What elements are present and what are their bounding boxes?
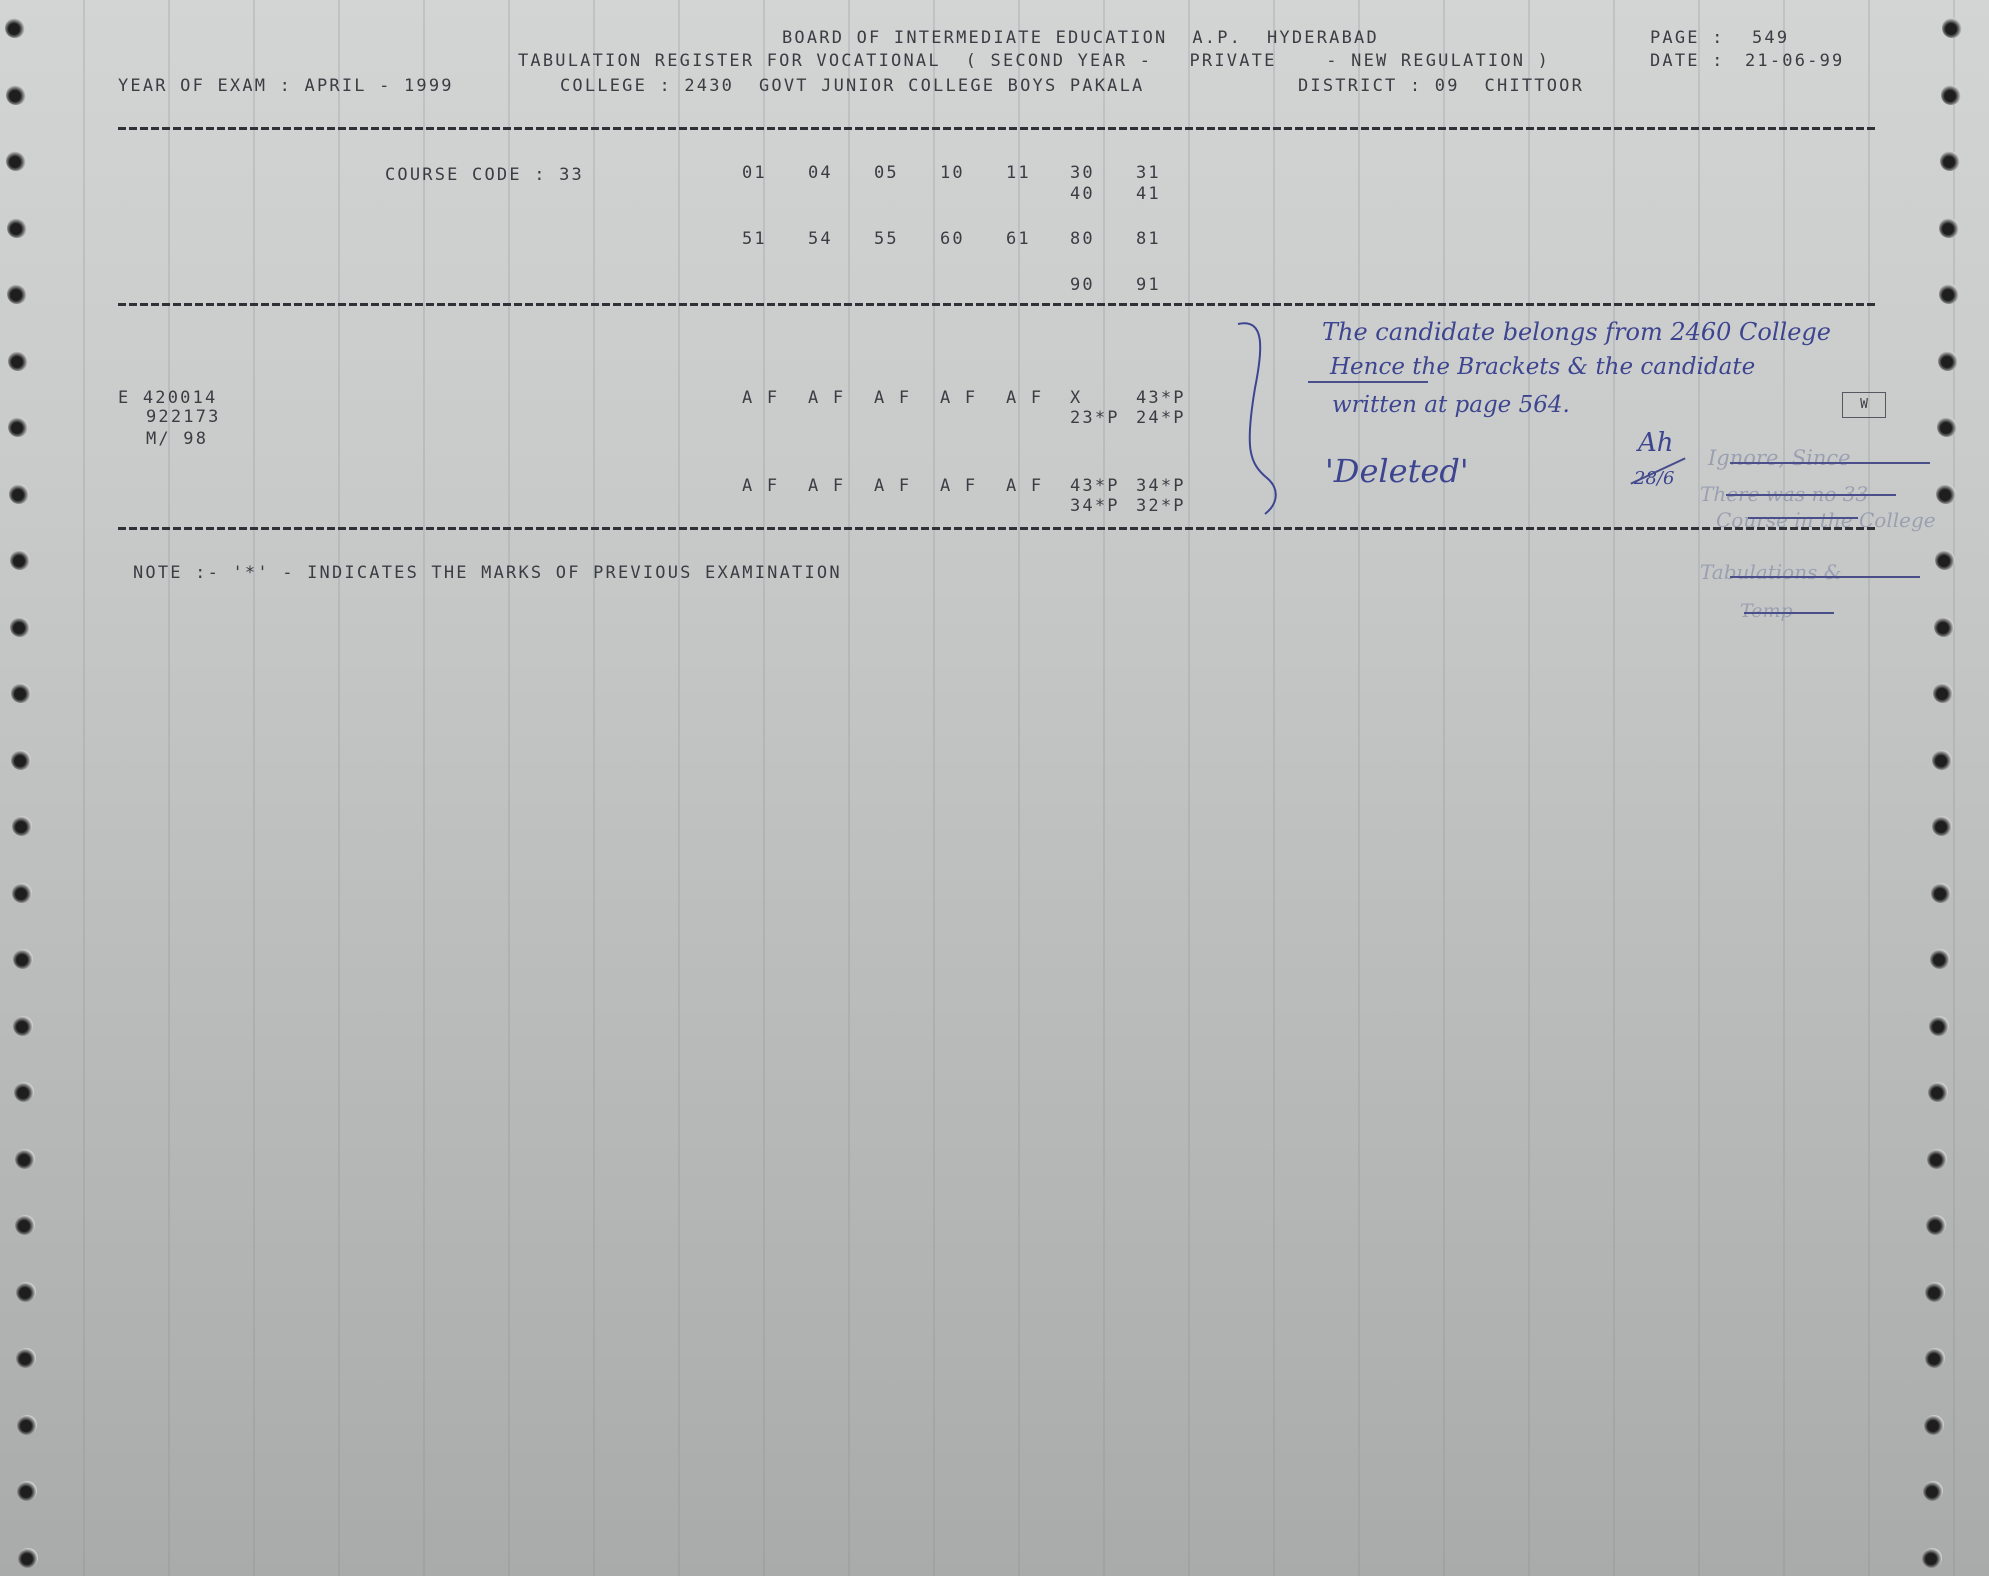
feed-hole (1937, 417, 1957, 437)
subject-code: 01 (742, 163, 767, 183)
feed-hole (15, 1149, 35, 1169)
paper-ruling (0, 0, 1989, 1576)
subject-mark: A F (808, 388, 845, 408)
strike-line (1726, 494, 1896, 496)
feed-hole (9, 484, 29, 504)
subject-code: 91 (1136, 275, 1161, 295)
subject-mark: A F (940, 476, 977, 496)
strike-line (1730, 462, 1930, 464)
candidate-previous-session: M/ 98 (146, 429, 208, 449)
subject-code: 51 (742, 229, 767, 249)
feed-hole (12, 816, 32, 836)
subject-mark: A F (1006, 388, 1043, 408)
subject-code: 40 (1070, 184, 1095, 204)
subject-mark: A F (1006, 476, 1043, 496)
print-date: 21-06-99 (1745, 51, 1844, 71)
strike-line (1730, 576, 1920, 578)
status-box: W (1842, 392, 1886, 418)
feed-hole (11, 683, 31, 703)
feed-hole (1925, 1348, 1945, 1368)
subject-mark: 32*P (1136, 496, 1186, 516)
feed-hole (1942, 18, 1962, 38)
feed-hole (1928, 1082, 1948, 1102)
year-of-exam: YEAR OF EXAM : APRIL - 1999 (118, 76, 454, 96)
feed-hole (1941, 85, 1961, 105)
subject-mark: A F (874, 476, 911, 496)
district-info: DISTRICT : 09 CHITTOOR (1298, 76, 1584, 96)
feed-hole (1939, 218, 1959, 238)
annotation-line-1: The candidate belongs from 2460 College (1322, 318, 1831, 346)
strike-line (1748, 517, 1858, 519)
feed-hole (10, 550, 30, 570)
board-title: BOARD OF INTERMEDIATE EDUCATION A.P. HYD… (782, 28, 1379, 48)
feed-hole (1930, 949, 1950, 969)
subject-code: 41 (1136, 184, 1161, 204)
subject-mark: 43*P (1136, 388, 1186, 408)
feed-hole (1938, 351, 1958, 371)
initials-signature: Ah (1638, 428, 1674, 458)
feed-hole (6, 151, 26, 171)
feed-hole (8, 351, 28, 371)
feed-hole (1934, 617, 1954, 637)
subject-code: 10 (940, 163, 965, 183)
tabulation-register-sheet: BOARD OF INTERMEDIATE EDUCATION A.P. HYD… (0, 0, 1989, 1576)
feed-hole (1932, 816, 1952, 836)
subject-code: 05 (874, 163, 899, 183)
feed-hole (17, 1481, 37, 1501)
candidate-hall-ticket: E 420014 (118, 388, 217, 408)
feed-hole (1935, 550, 1955, 570)
subject-code: 60 (940, 229, 965, 249)
subject-code: 90 (1070, 275, 1095, 295)
annotation-line-2: Hence the Brackets & the candidate (1330, 354, 1755, 380)
feed-hole (16, 1348, 36, 1368)
feed-hole (1940, 151, 1960, 171)
feed-hole (1929, 1016, 1949, 1036)
struck-note-1: Ignore, Since (1708, 446, 1851, 470)
feed-hole (1924, 1415, 1944, 1435)
feed-hole (1926, 1215, 1946, 1235)
subject-mark: 23*P (1070, 408, 1120, 428)
subject-mark: A F (742, 476, 779, 496)
register-title: TABULATION REGISTER FOR VOCATIONAL ( SEC… (518, 51, 1550, 71)
subject-code: 61 (1006, 229, 1031, 249)
subject-code: 31 (1136, 163, 1161, 183)
candidate-id: 922173 (146, 407, 221, 427)
course-code: COURSE CODE : 33 (385, 165, 584, 185)
feed-hole (1923, 1481, 1943, 1501)
subject-code: 30 (1070, 163, 1095, 183)
initials-date: 28/6 (1634, 468, 1674, 489)
subject-code: 80 (1070, 229, 1095, 249)
subject-mark: A F (742, 388, 779, 408)
feed-hole (1922, 1548, 1942, 1568)
feed-hole (7, 284, 27, 304)
subject-code: 54 (808, 229, 833, 249)
feed-hole (1927, 1149, 1947, 1169)
subject-mark: 34*P (1070, 496, 1120, 516)
feed-hole (7, 218, 27, 238)
feed-hole (1931, 883, 1951, 903)
feed-hole (13, 949, 33, 969)
feed-hole (11, 750, 31, 770)
page-number: 549 (1752, 28, 1789, 48)
feed-hole (1933, 683, 1953, 703)
feed-hole (6, 85, 26, 105)
feed-hole (12, 883, 32, 903)
divider-rule (118, 527, 1878, 530)
feed-hole (16, 1282, 36, 1302)
footnote: NOTE :- '*' - INDICATES THE MARKS OF PRE… (133, 563, 842, 583)
subject-code: 11 (1006, 163, 1031, 183)
college-info: COLLEGE : 2430 GOVT JUNIOR COLLEGE BOYS … (560, 76, 1144, 96)
divider-rule (118, 127, 1878, 130)
feed-hole (10, 617, 30, 637)
feed-hole (1932, 750, 1952, 770)
feed-hole (5, 18, 25, 38)
feed-hole (15, 1215, 35, 1235)
curly-brace-mark (1235, 318, 1295, 518)
struck-note-4: Tabulations & (1700, 560, 1842, 584)
subject-mark: 43*P (1070, 476, 1120, 496)
feed-hole (1939, 284, 1959, 304)
strike-line (1744, 612, 1834, 614)
date-label: DATE : (1650, 51, 1725, 71)
feed-hole (18, 1548, 38, 1568)
subject-mark: A F (874, 388, 911, 408)
underline-mark (1308, 381, 1428, 383)
subject-mark: 34*P (1136, 476, 1186, 496)
subject-mark: A F (940, 388, 977, 408)
subject-mark: 24*P (1136, 408, 1186, 428)
feed-hole (14, 1082, 34, 1102)
feed-hole (8, 417, 28, 437)
feed-hole (17, 1415, 37, 1435)
feed-hole (13, 1016, 33, 1036)
feed-hole (1925, 1282, 1945, 1302)
feed-hole (1936, 484, 1956, 504)
annotation-deleted: 'Deleted' (1325, 452, 1469, 490)
divider-rule (118, 303, 1878, 306)
subject-code: 55 (874, 229, 899, 249)
struck-note-5: Temp (1740, 600, 1793, 622)
subject-mark: X (1070, 388, 1082, 408)
page-label: PAGE : (1650, 28, 1725, 48)
subject-mark: A F (808, 476, 845, 496)
subject-code: 04 (808, 163, 833, 183)
subject-code: 81 (1136, 229, 1161, 249)
annotation-line-3: written at page 564. (1332, 392, 1570, 418)
